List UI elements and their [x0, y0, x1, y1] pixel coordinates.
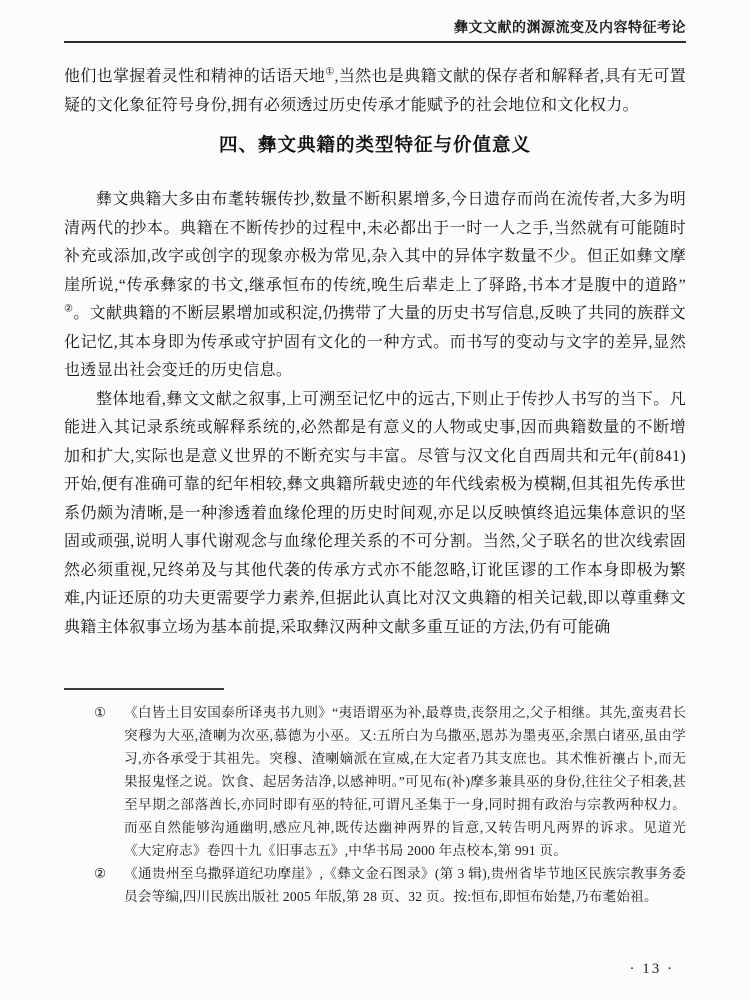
- footnote-text: 《通贵州至乌撒驿道纪功摩崖》,《彝文金石图录》(第 3 辑),贵州省毕节地区民族…: [124, 862, 686, 908]
- paragraph-text: 整体地看,彝文文献之叙事,上可溯至记忆中的远古,下则止于传抄人书写的当下。凡能进…: [64, 391, 686, 636]
- section-heading: 四、彝文典籍的类型特征与价值意义: [64, 130, 686, 160]
- footnote-separator-rule: [64, 688, 224, 690]
- header-rule: [64, 41, 686, 43]
- footnote-ref-superscript: ①: [325, 67, 334, 78]
- footnote-item: ② 《通贵州至乌撒驿道纪功摩崖》,《彝文金石图录》(第 3 辑),贵州省毕节地区…: [94, 862, 686, 908]
- paragraph-text: 。文献典籍的不断层累增加或积淀,仍携带了大量的历史书写信息,反映了共同的族群文化…: [64, 305, 686, 379]
- body-paragraph: 整体地看,彝文文献之叙事,上可溯至记忆中的远古,下则止于传抄人书写的当下。凡能进…: [64, 386, 686, 643]
- page-number: · 13 ·: [630, 961, 675, 978]
- body-content: 他们也掌握着灵性和精神的话语天地①,当然也是典籍文献的保存者和解释者,具有无可置…: [64, 63, 686, 642]
- running-header: 彝文文献的渊源流变及内容特征考论: [64, 18, 686, 43]
- document-page: 彝文文献的渊源流变及内容特征考论 他们也掌握着灵性和精神的话语天地①,当然也是典…: [0, 0, 750, 1000]
- running-header-title: 彝文文献的渊源流变及内容特征考论: [64, 18, 686, 36]
- footnote-ref-superscript: ②: [64, 304, 73, 315]
- footnote-marker: ②: [94, 862, 124, 908]
- body-paragraph-continuation: 他们也掌握着灵性和精神的话语天地①,当然也是典籍文献的保存者和解释者,具有无可置…: [64, 63, 686, 120]
- paragraph-text: 他们也掌握着灵性和精神的话语天地: [64, 68, 325, 85]
- footnote-section: ① 《白皆土目安国泰所译夷书九则》“夷语谓巫为补,最尊贵,丧祭用之,父子相继。其…: [64, 688, 686, 908]
- footnote-item: ① 《白皆土目安国泰所译夷书九则》“夷语谓巫为补,最尊贵,丧祭用之,父子相继。其…: [94, 701, 686, 862]
- footnote-marker: ①: [94, 701, 124, 862]
- paragraph-text: 彝文典籍大多由布耄转辗传抄,数量不断积累增多,今日遗存而尚在流传者,大多为明清两…: [64, 191, 686, 294]
- footnote-text: 《白皆土目安国泰所译夷书九则》“夷语谓巫为补,最尊贵,丧祭用之,父子相继。其先,…: [124, 701, 686, 862]
- body-paragraph: 彝文典籍大多由布耄转辗传抄,数量不断积累增多,今日遗存而尚在流传者,大多为明清两…: [64, 186, 686, 386]
